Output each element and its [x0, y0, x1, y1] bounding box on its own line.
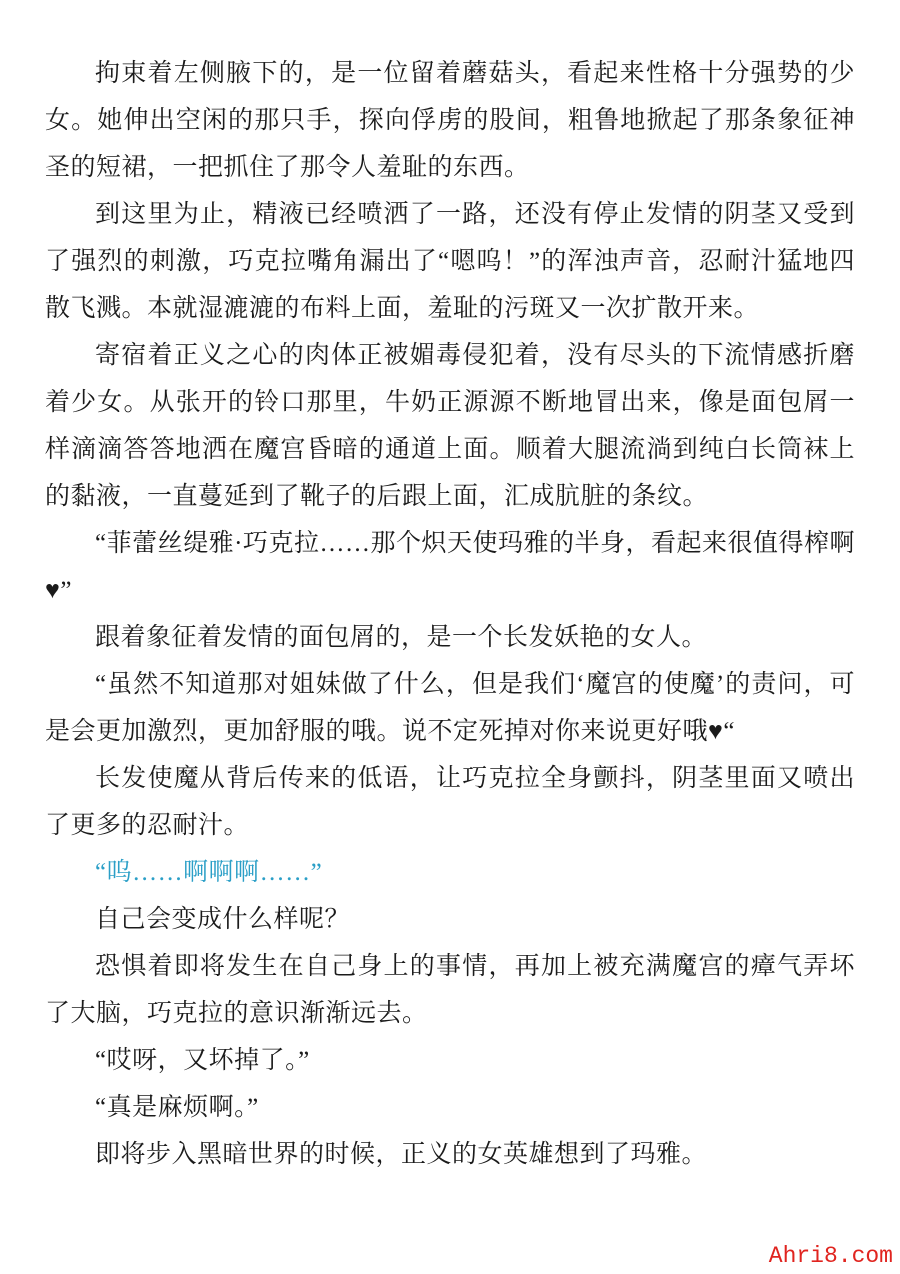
paragraph-dialogue-highlighted: “呜……啊啊啊……”: [45, 849, 855, 896]
paragraph-dialogue: “真是麻烦啊。”: [45, 1084, 855, 1131]
paragraph: 即将步入黑暗世界的时候，正义的女英雄想到了玛雅。: [45, 1131, 855, 1178]
paragraph: 拘束着左侧腋下的，是一位留着蘑菇头，看起来性格十分强势的少女。她伸出空闲的那只手…: [45, 50, 855, 191]
paragraph: 自己会变成什么样呢？: [45, 896, 855, 943]
paragraph-dialogue: “哎呀，又坏掉了。”: [45, 1037, 855, 1084]
paragraph: 跟着象征着发情的面包屑的，是一个长发妖艳的女人。: [45, 614, 855, 661]
paragraph: 寄宿着正义之心的肉体正被媚毒侵犯着，没有尽头的下流情感折磨着少女。从张开的铃口那…: [45, 332, 855, 520]
paragraph-dialogue: “菲蕾丝缇雅·巧克拉……那个炽天使玛雅的半身，看起来很值得榨啊♥”: [45, 520, 855, 614]
paragraph: 恐惧着即将发生在自己身上的事情，再加上被充满魔宫的瘴气弄坏了大脑，巧克拉的意识渐…: [45, 943, 855, 1037]
document-page: 拘束着左侧腋下的，是一位留着蘑菇头，看起来性格十分强势的少女。她伸出空闲的那只手…: [0, 0, 900, 1274]
watermark: Ahri8.com: [769, 1245, 893, 1268]
paragraph-dialogue: “虽然不知道那对姐妹做了什么，但是我们‘魔宫的使魔’的责问，可是会更加激烈，更加…: [45, 661, 855, 755]
paragraph: 长发使魔从背后传来的低语，让巧克拉全身颤抖，阴茎里面又喷出了更多的忍耐汁。: [45, 755, 855, 849]
paragraph: 到这里为止，精液已经喷洒了一路，还没有停止发情的阴茎又受到了强烈的刺激，巧克拉嘴…: [45, 191, 855, 332]
